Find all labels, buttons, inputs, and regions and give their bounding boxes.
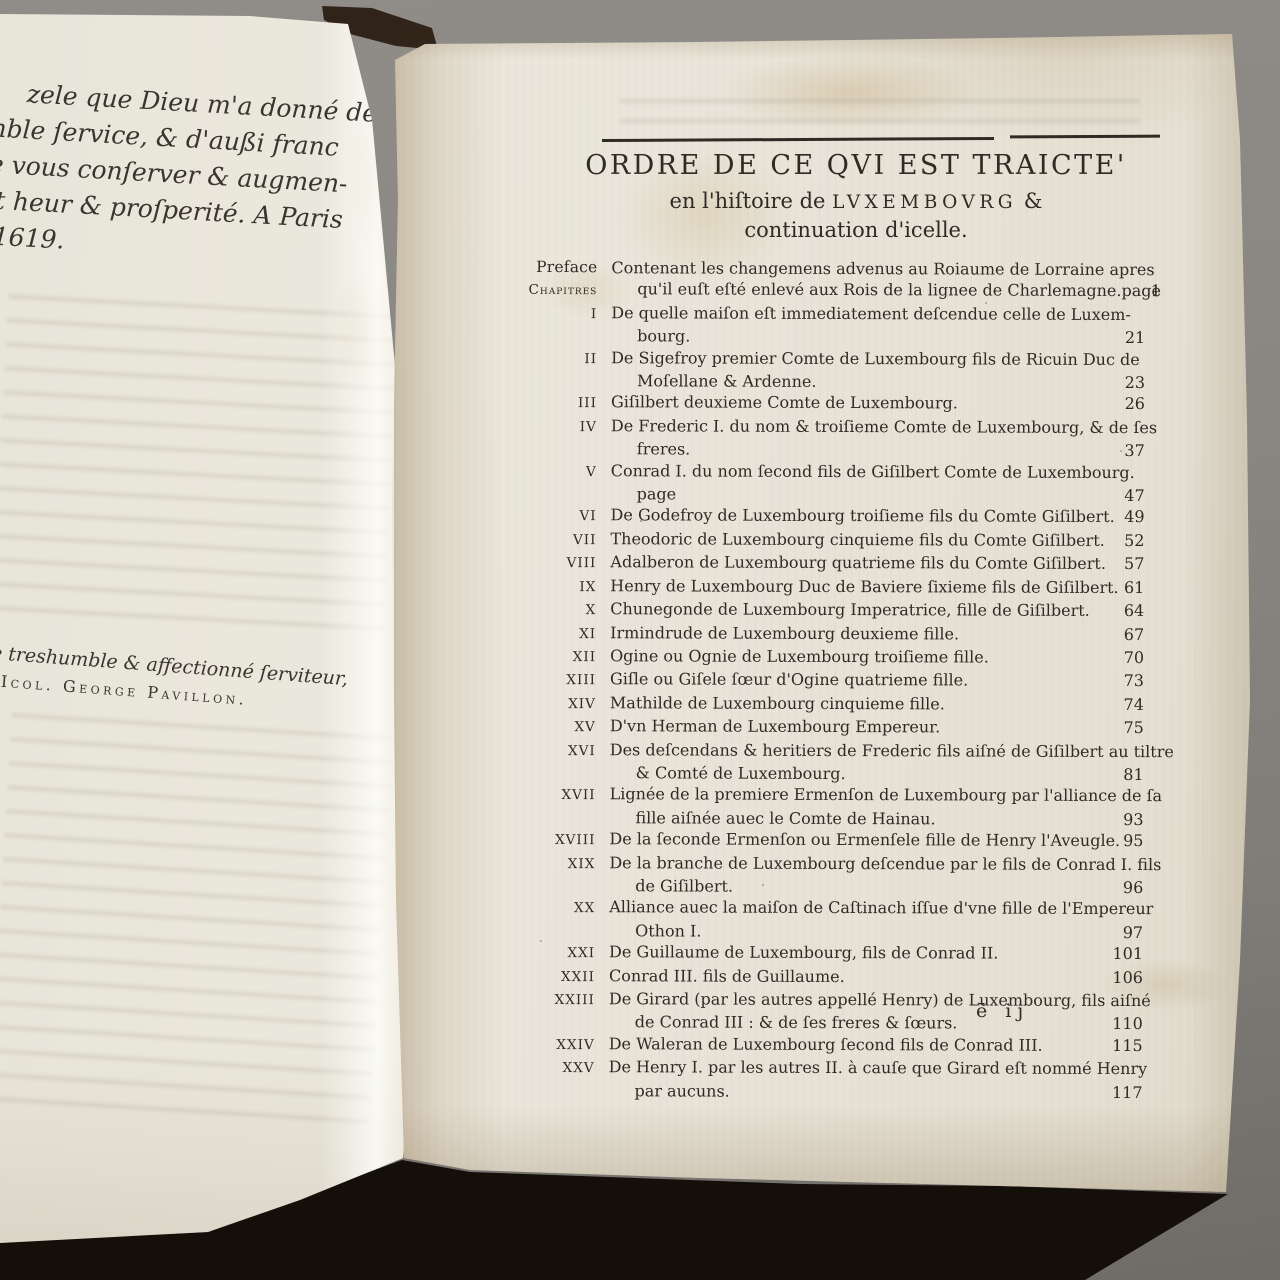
- chapter-num: XIII: [524, 668, 610, 692]
- entry-text: fille aiſnée auec le Comte de Hainau.: [609, 807, 1143, 830]
- toc-title-line3: continuation d'icelle.: [545, 218, 1167, 242]
- toc-title-line2: en l'hiſtoire de LVXEMBOVRG &: [545, 189, 1167, 213]
- toc-row: I De quelle maiſon eſt immediatement deſ…: [525, 302, 1145, 328]
- entry-text: bourg.: [611, 325, 1145, 348]
- entry-body: Adalberon de Luxembourg quatrieme fils d…: [610, 552, 1144, 577]
- entry-body: Othon I. 97: [609, 920, 1143, 943]
- entry-body: De Frederic I. du nom & troiſieme Comte …: [611, 415, 1157, 440]
- entry-page: 61: [1124, 577, 1144, 598]
- toc-row: XXV De Henry I. par les autres II. à cau…: [523, 1056, 1143, 1082]
- entry-text: De la ſeconde Ermenſon ou Ermenſele fill…: [609, 828, 1143, 851]
- chapter-num: XXIII: [523, 988, 609, 1012]
- entry-body: Conrad III. fils de Guillaume. 106: [609, 965, 1143, 990]
- entry-body: page 47: [611, 483, 1145, 506]
- entry-page: 21: [1125, 327, 1145, 348]
- entry-page: 93: [1123, 809, 1143, 830]
- entry-text: Alliance auec la maiſon de Caſtinach iſſ…: [609, 897, 1153, 920]
- entry-body: De quelle maiſon eſt immediatement deſce…: [611, 302, 1145, 327]
- entry-text: De Girard (par les autres appellé Henry)…: [609, 988, 1151, 1011]
- entry-body: Conrad I. du nom ſecond fils de Giſilber…: [611, 460, 1145, 485]
- chapter-num: XVII: [524, 783, 610, 807]
- entry-text: De Frederic I. du nom & troiſieme Comte …: [611, 415, 1157, 438]
- entry-text: Chunegonde de Luxembourg Imperatrice, fi…: [610, 598, 1144, 621]
- chapter-num: V: [525, 460, 611, 484]
- entry-body: Lignée de la premiere Ermenſon de Luxemb…: [610, 784, 1163, 809]
- entry-text: de Giſilbert.: [609, 875, 1143, 898]
- gathering-signature: ē ij: [976, 1000, 1029, 1022]
- toc-entries: Preface Contenant les changemens advenus…: [523, 257, 1146, 1103]
- toc-row: XVIII De la ſeconde Ermenſon ou Ermenſel…: [523, 828, 1143, 854]
- entry-body: Contenant les changemens advenus au Roia…: [611, 257, 1154, 280]
- entry-text: Giſle ou Giſele ſœur d'Ogine quatrieme f…: [610, 669, 1144, 692]
- toc-row: XIII Giſle ou Giſele ſœur d'Ogine quatri…: [524, 668, 1144, 694]
- entry-body: freres. 37: [611, 438, 1145, 461]
- chapter-num: [525, 370, 611, 392]
- chapter-num: XIV: [524, 692, 610, 716]
- entry-page: 96: [1123, 877, 1143, 898]
- entry-body: De Henry I. par les autres II. à cauſe q…: [609, 1056, 1148, 1081]
- entry-page: 26: [1125, 393, 1145, 414]
- chapter-num: Chapitres: [525, 278, 611, 302]
- entry-body: De Girard (par les autres appellé Henry)…: [609, 988, 1151, 1013]
- entry-body: De Godefroy de Luxembourg troiſieme fils…: [611, 505, 1145, 530]
- chapter-num: [525, 325, 611, 347]
- toc-row: par aucuns. 117: [523, 1080, 1143, 1104]
- toc-row: VII Theodoric de Luxembourg cinquieme fi…: [524, 528, 1144, 554]
- entry-text: De quelle maiſon eſt immediatement deſce…: [611, 302, 1145, 325]
- entry-page: 1: [1151, 281, 1161, 302]
- toc-title: ORDRE DE CE QVI EST TRAICTE' en l'hiſtoi…: [545, 150, 1167, 242]
- toc-row: III Giſilbert deuxieme Comte de Luxembou…: [525, 391, 1145, 417]
- entry-page: 52: [1124, 530, 1144, 551]
- entry-body: De la branche de Luxembourg deſcendue pa…: [609, 852, 1161, 877]
- entry-text: Othon I.: [609, 920, 1143, 943]
- chapter-num: X: [524, 598, 610, 622]
- chapter-num: XIX: [523, 851, 609, 875]
- entry-body: par aucuns. 117: [609, 1080, 1143, 1103]
- chapter-num: IV: [525, 415, 611, 439]
- entry-body: Ogine ou Ognie de Luxembourg troiſieme f…: [610, 645, 1144, 670]
- toc-row: VI De Godefroy de Luxembourg troiſieme f…: [525, 504, 1145, 530]
- entry-text: Des deſcendans & heritiers de Frederic f…: [610, 739, 1174, 762]
- chapter-num: XI: [524, 621, 610, 645]
- entry-body: Alliance auec la maiſon de Caſtinach iſſ…: [609, 897, 1153, 922]
- toc-title-line1: ORDRE DE CE QVI EST TRAICTE': [545, 150, 1167, 181]
- chapter-num: XXII: [523, 965, 609, 989]
- toc-row: XXI De Guillaume de Luxembourg, fils de …: [523, 941, 1143, 967]
- chapter-num: XII: [524, 645, 610, 669]
- entry-page: 117: [1112, 1082, 1143, 1104]
- entry-body: D'vn Herman de Luxembourg Empereur. 75: [610, 715, 1144, 740]
- entry-page: 106: [1112, 967, 1143, 989]
- book-photo: zele que Dieu m'a donné demble ſervice, …: [0, 0, 1280, 1280]
- entry-body: De la ſeconde Ermenſon ou Ermenſele fill…: [609, 828, 1143, 853]
- entry-body: Des deſcendans & heritiers de Frederic f…: [610, 739, 1174, 764]
- entry-page: 110: [1112, 1013, 1143, 1035]
- toc-row: Preface Contenant les changemens advenus…: [525, 257, 1145, 281]
- toc-row: Chapitres qu'il euſt eſté enlevé aux Roi…: [525, 278, 1145, 304]
- entry-body: qu'il euſt eſté enlevé aux Rois de la li…: [611, 279, 1161, 304]
- toc-row: V Conrad I. du nom ſecond fils de Giſilb…: [525, 460, 1145, 486]
- chapter-num: XVIII: [523, 828, 609, 852]
- chapter-num: III: [525, 391, 611, 415]
- entry-text: D'vn Herman de Luxembourg Empereur.: [610, 715, 1144, 738]
- entry-text: De Waleran de Luxembourg ſecond fils de …: [609, 1033, 1143, 1056]
- entry-text: page: [611, 483, 1145, 506]
- chapter-num: XXIV: [523, 1033, 609, 1057]
- entry-page: 70: [1124, 647, 1144, 668]
- toc-row: X Chunegonde de Luxembourg Imperatrice, …: [524, 598, 1144, 624]
- entry-text: Adalberon de Luxembourg quatrieme fils d…: [610, 552, 1144, 575]
- entry-text: Ogine ou Ognie de Luxembourg troiſieme f…: [610, 645, 1144, 668]
- entry-text: Conrad I. du nom ſecond fils de Giſilber…: [611, 460, 1145, 483]
- toc-row: de Conrad III : & de ſes freres & ſœurs.…: [523, 1011, 1143, 1035]
- entry-page: 57: [1124, 553, 1144, 574]
- entry-page: 64: [1124, 600, 1144, 621]
- entry-text: Contenant les changemens advenus au Roia…: [611, 257, 1154, 280]
- entry-page: 74: [1124, 694, 1144, 715]
- entry-text: qu'il euſt eſté enlevé aux Rois de la li…: [611, 279, 1161, 302]
- toc-row: XX Alliance auec la maiſon de Caſtinach …: [523, 896, 1143, 922]
- toc-row: XVII Lignée de la premiere Ermenſon de L…: [524, 783, 1144, 809]
- entry-page: 81: [1123, 764, 1143, 785]
- toc-row: XXII Conrad III. fils de Guillaume. 106: [523, 965, 1143, 991]
- chapter-num: II: [525, 347, 611, 371]
- entry-text: Irmindrude de Luxembourg deuxieme fille.: [610, 622, 1144, 645]
- toc-row: Moſellane & Ardenne. 23: [525, 370, 1145, 394]
- entry-body: bourg. 21: [611, 325, 1145, 348]
- entry-text: Giſilbert deuxieme Comte de Luxembourg.: [611, 392, 1145, 415]
- chapter-num: [523, 875, 609, 897]
- entry-body: De Sigefroy premier Comte de Luxembourg …: [611, 347, 1145, 372]
- toc-row: XII Ogine ou Ognie de Luxembourg troiſie…: [524, 645, 1144, 671]
- paper-specks: [0, 0, 2, 2]
- entry-page: 95: [1123, 830, 1143, 851]
- toc-row: VIII Adalberon de Luxembourg quatrieme f…: [524, 551, 1144, 577]
- toc-row: XXIV De Waleran de Luxembourg ſecond fil…: [523, 1033, 1143, 1059]
- toc-row: XVI Des deſcendans & heritiers de Freder…: [524, 738, 1144, 764]
- entry-page: 23: [1125, 372, 1145, 393]
- toc-row: IV De Frederic I. du nom & troiſieme Com…: [525, 415, 1145, 441]
- entry-body: Mathilde de Luxembourg cinquieme fille. …: [610, 692, 1144, 717]
- entry-page: 115: [1112, 1035, 1143, 1057]
- entry-text: par aucuns.: [609, 1080, 1143, 1103]
- chapter-num: IX: [524, 575, 610, 599]
- entry-body: Chunegonde de Luxembourg Imperatrice, fi…: [610, 598, 1144, 623]
- entry-text: De la branche de Luxembourg deſcendue pa…: [609, 852, 1161, 875]
- entry-text: De Sigefroy premier Comte de Luxembourg …: [611, 347, 1145, 370]
- toc-row: freres. 37: [525, 438, 1145, 462]
- toc-row: XIX De la branche de Luxembourg deſcendu…: [523, 851, 1143, 877]
- entry-body: Giſle ou Giſele ſœur d'Ogine quatrieme f…: [610, 669, 1144, 694]
- toc-row: bourg. 21: [525, 325, 1145, 349]
- entry-page: 37: [1124, 440, 1144, 461]
- left-page-paragraph: zele que Dieu m'a donné demble ſervice, …: [0, 74, 415, 278]
- chapter-num: VIII: [524, 551, 610, 575]
- chapter-num: I: [525, 302, 611, 326]
- entry-page: 73: [1124, 670, 1144, 691]
- entry-page: 67: [1124, 624, 1144, 645]
- chapter-num: XV: [524, 715, 610, 739]
- chapter-num: VI: [525, 504, 611, 528]
- entry-text: Henry de Luxembourg Duc de Baviere ſixie…: [610, 575, 1144, 598]
- chapter-num: [523, 1080, 609, 1102]
- toc-row: XV D'vn Herman de Luxembourg Empereur. 7…: [524, 715, 1144, 741]
- chapter-num: Preface: [525, 257, 611, 279]
- entry-body: De Guillaume de Luxembourg, fils de Conr…: [609, 941, 1143, 966]
- entry-page: 49: [1124, 506, 1144, 527]
- entry-text: freres.: [611, 438, 1145, 461]
- chapter-num: XX: [523, 896, 609, 920]
- entry-text: Lignée de la premiere Ermenſon de Luxemb…: [610, 784, 1163, 807]
- entry-text: Conrad III. fils de Guillaume.: [609, 965, 1143, 988]
- entry-text: De Godefroy de Luxembourg troiſieme fils…: [611, 505, 1145, 528]
- entry-body: & Comté de Luxembourg. 81: [610, 762, 1144, 785]
- entry-body: De Waleran de Luxembourg ſecond fils de …: [609, 1033, 1143, 1058]
- chapter-num: [523, 920, 609, 942]
- chapter-num: XXV: [523, 1056, 609, 1080]
- entry-page: 97: [1123, 922, 1143, 943]
- entry-body: Moſellane & Ardenne. 23: [611, 370, 1145, 393]
- entry-text: Theodoric de Luxembourg cinquieme fils d…: [610, 528, 1144, 551]
- chapter-num: [525, 438, 611, 460]
- toc-row: fille aiſnée auec le Comte de Hainau. 93: [523, 807, 1143, 831]
- toc-row: Othon I. 97: [523, 920, 1143, 944]
- chapter-num: XXI: [523, 941, 609, 965]
- entry-text: Mathilde de Luxembourg cinquieme fille.: [610, 692, 1144, 715]
- entry-page: 101: [1112, 943, 1143, 965]
- chapter-num: [525, 483, 611, 505]
- toc-row: II De Sigefroy premier Comte de Luxembou…: [525, 347, 1145, 373]
- entry-body: de Conrad III : & de ſes freres & ſœurs.…: [609, 1012, 1143, 1035]
- chapter-num: [523, 807, 609, 829]
- entry-body: Theodoric de Luxembourg cinquieme fils d…: [610, 528, 1144, 553]
- chapter-num: XVI: [524, 738, 610, 762]
- toc-row: XI Irmindrude de Luxembourg deuxieme fil…: [524, 621, 1144, 647]
- toc-row: de Giſilbert. 96: [523, 875, 1143, 899]
- entry-body: fille aiſnée auec le Comte de Hainau. 93: [609, 807, 1143, 830]
- toc-row: XIV Mathilde de Luxembourg cinquieme fil…: [524, 692, 1144, 718]
- toc-row: page 47: [525, 483, 1145, 507]
- bleedthrough-texture: [620, 92, 1140, 134]
- chapter-num: [524, 762, 610, 784]
- chapter-num: [523, 1011, 609, 1033]
- entry-body: Giſilbert deuxieme Comte de Luxembourg. …: [611, 392, 1145, 417]
- toc-row: XXIII De Girard (par les autres appellé …: [523, 988, 1143, 1014]
- entry-text: De Henry I. par les autres II. à cauſe q…: [609, 1056, 1148, 1079]
- entry-body: de Giſilbert. 96: [609, 875, 1143, 898]
- entry-body: Irmindrude de Luxembourg deuxieme fille.…: [610, 622, 1144, 647]
- entry-page: 75: [1123, 717, 1143, 738]
- entry-text: Moſellane & Ardenne.: [611, 370, 1145, 393]
- entry-page: 47: [1124, 485, 1144, 506]
- entry-text: De Guillaume de Luxembourg, fils de Conr…: [609, 941, 1143, 964]
- entry-body: Henry de Luxembourg Duc de Baviere ſixie…: [610, 575, 1144, 600]
- chapter-num: VII: [524, 528, 610, 552]
- toc-row: & Comté de Luxembourg. 81: [524, 762, 1144, 786]
- entry-text: de Conrad III : & de ſes freres & ſœurs.: [609, 1012, 1143, 1035]
- right-page-edge-shading: [1185, 30, 1255, 1195]
- toc-row: IX Henry de Luxembourg Duc de Baviere ſi…: [524, 575, 1144, 601]
- luxembourg-caps: LVXEMBOVRG: [832, 192, 1017, 213]
- entry-text: & Comté de Luxembourg.: [610, 762, 1144, 785]
